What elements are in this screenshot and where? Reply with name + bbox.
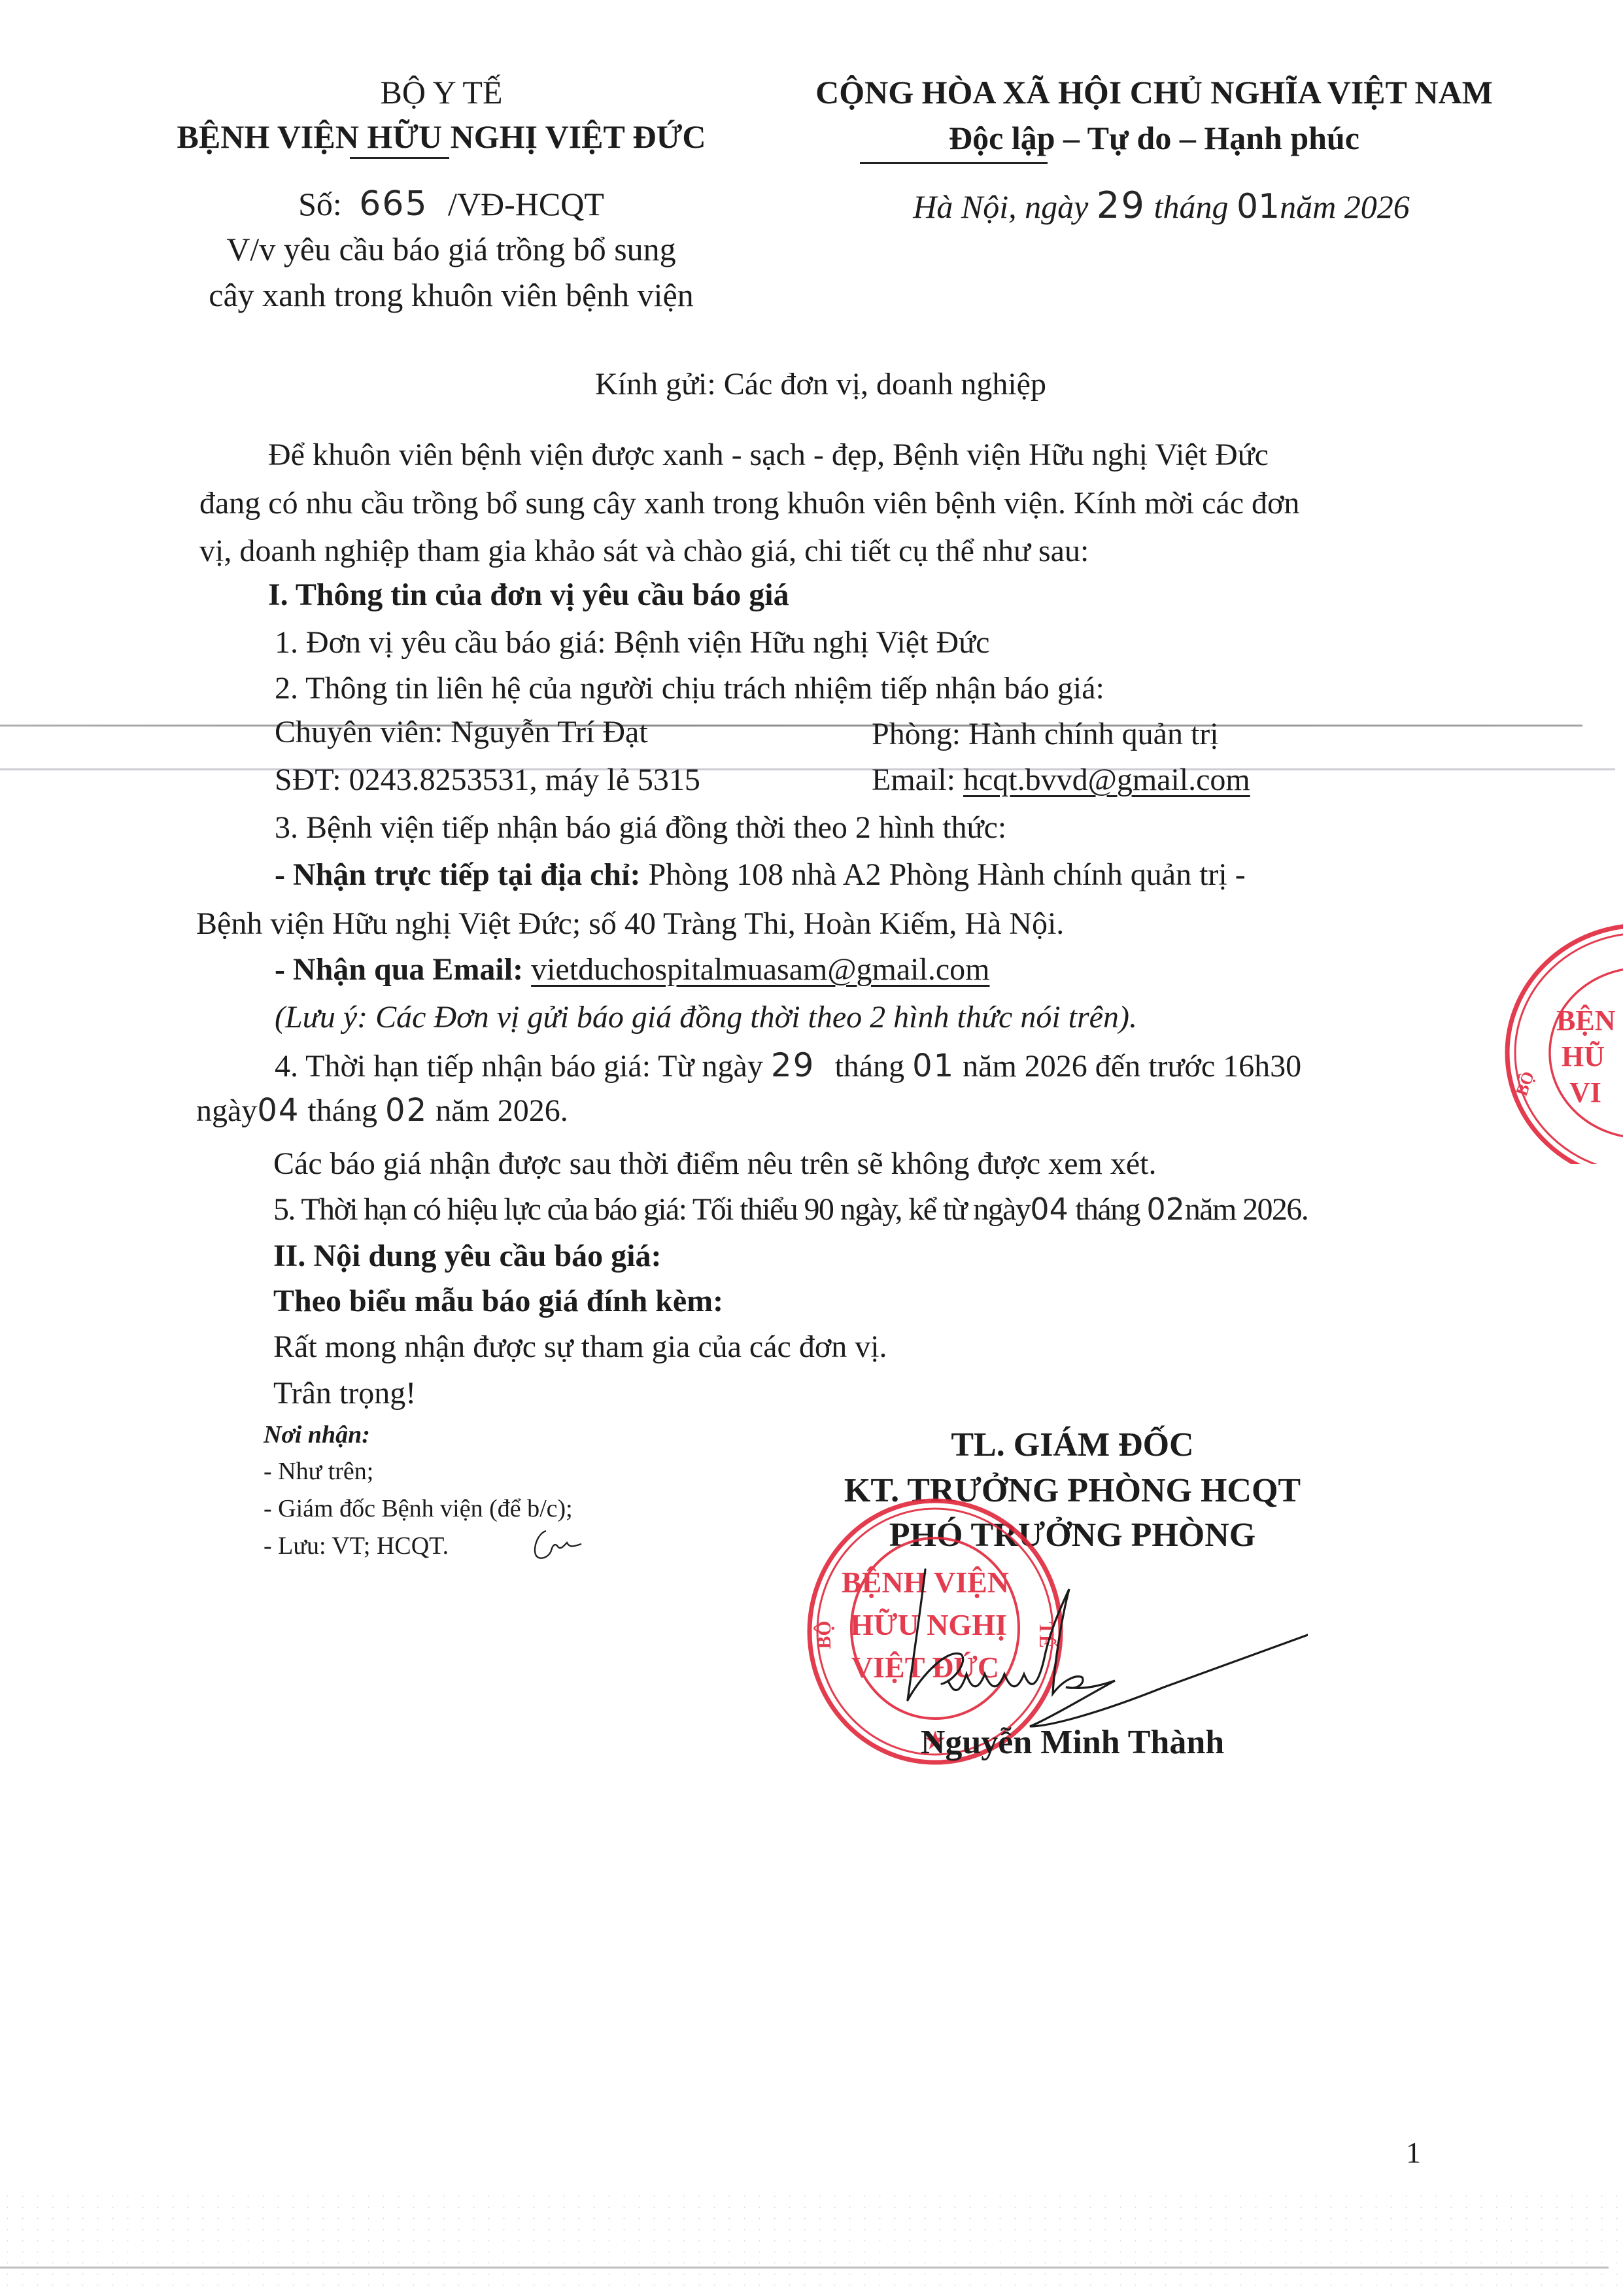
intro-line-3: vị, doanh nghiệp tham gia khảo sát và ch… bbox=[199, 533, 1089, 569]
recipients-title: Nơi nhận: bbox=[264, 1420, 370, 1449]
initials-mark-icon bbox=[526, 1527, 592, 1566]
handwritten-signature-icon bbox=[889, 1550, 1308, 1746]
section-1-item-4-cont: ngày04 tháng 02 năm 2026. bbox=[196, 1092, 568, 1129]
ministry-name: BỘ Y TẾ bbox=[380, 73, 502, 111]
contact-email: Email: hcqt.bvvd@gmail.com bbox=[872, 762, 1250, 798]
intro-line-1: Để khuôn viên bệnh viện được xanh - sạch… bbox=[268, 437, 1269, 473]
doc-number-handwritten: 665 bbox=[359, 184, 428, 224]
validity-day-handwritten: 04 bbox=[1030, 1191, 1068, 1227]
recipient-item: - Như trên; bbox=[264, 1457, 373, 1486]
intro-line-2: đang có nhu cầu trồng bổ sung cây xanh t… bbox=[199, 485, 1299, 521]
validity-month-handwritten: 02 bbox=[1146, 1191, 1185, 1227]
scan-artifact-line bbox=[0, 768, 1615, 770]
contact-email-link[interactable]: hcqt.bvvd@gmail.com bbox=[963, 762, 1250, 797]
signature-title-1: TL. GIÁM ĐỐC bbox=[951, 1426, 1193, 1464]
country-name: CỘNG HÒA XÃ HỘI CHỦ NGHĨA VIỆT NAM bbox=[815, 73, 1493, 111]
hospital-name: BỆNH VIỆN HỮU NGHỊ VIỆT ĐỨC bbox=[177, 118, 706, 156]
scan-artifact-line bbox=[0, 725, 1582, 727]
section-1-heading: I. Thông tin của đơn vị yêu cầu báo giá bbox=[268, 577, 789, 613]
motto-underline bbox=[860, 162, 1048, 164]
signatory-name: Nguyễn Minh Thành bbox=[921, 1723, 1224, 1762]
officer-name: Nguyễn Trí Đạt bbox=[451, 715, 647, 749]
contact-officer: Chuyên viên: Nguyễn Trí Đạt bbox=[275, 714, 648, 750]
submission-note: (Lưu ý: Các Đơn vị gửi báo giá đồng thời… bbox=[275, 999, 1137, 1035]
recipient-item: - Lưu: VT; HCQT. bbox=[264, 1532, 449, 1560]
svg-text:HŨ: HŨ bbox=[1562, 1040, 1605, 1072]
department-name: Hành chính quản trị bbox=[968, 717, 1219, 751]
to-day-handwritten: 04 bbox=[257, 1092, 299, 1129]
header-left-underline bbox=[350, 157, 449, 159]
section-1-item-4: 4. Thời hạn tiếp nhận báo giá: Từ ngày 2… bbox=[275, 1046, 1301, 1084]
svg-text:BỘ: BỘ bbox=[813, 1620, 835, 1649]
doc-number-suffix: /VĐ-HCQT bbox=[448, 186, 604, 222]
section-1-item-2: 2. Thông tin liên hệ của người chịu trác… bbox=[275, 670, 1104, 706]
email-submission: - Nhận qua Email: vietduchospitalmuasam@… bbox=[275, 951, 989, 987]
partial-stamp-icon: BỆN HŨ VI BỘ bbox=[1491, 922, 1623, 1164]
svg-text:VI: VI bbox=[1569, 1076, 1601, 1108]
section-2-subheading: Theo biểu mẫu báo giá đính kèm: bbox=[273, 1283, 723, 1319]
contact-phone: SĐT: 0243.8253531, máy lẻ 5315 bbox=[275, 762, 700, 798]
doc-number-label: Số: bbox=[298, 186, 342, 222]
page-number: 1 bbox=[1406, 2135, 1421, 2170]
svg-text:BỆN: BỆN bbox=[1556, 1004, 1616, 1037]
scan-noise bbox=[0, 2191, 1623, 2295]
email-submission-label: - Nhận qua Email: bbox=[275, 952, 523, 987]
section-1-item-3: 3. Bệnh viện tiếp nhận báo giá đồng thời… bbox=[275, 810, 1006, 846]
date-prefix: Hà Nội, ngày bbox=[913, 188, 1088, 225]
direct-submission-address: Phòng 108 nhà A2 Phòng Hành chính quản t… bbox=[648, 857, 1245, 892]
phone-number: 0243.8253531, máy lẻ 5315 bbox=[349, 762, 700, 797]
date-year: năm 2026 bbox=[1280, 188, 1410, 225]
from-month-handwritten: 01 bbox=[912, 1048, 955, 1084]
subject-line-1: V/v yêu cầu báo giá trồng bổ sung bbox=[226, 230, 675, 268]
national-motto: Độc lập – Tự do – Hạnh phúc bbox=[949, 119, 1359, 157]
date-month-handwritten: 01 bbox=[1237, 187, 1280, 226]
submission-email-link[interactable]: vietduchospitalmuasam@gmail.com bbox=[531, 952, 989, 987]
issue-date: Hà Nội, ngày 29 tháng 01năm 2026 bbox=[913, 184, 1410, 227]
section-1-item-1: 1. Đơn vị yêu cầu báo giá: Bệnh viện Hữu… bbox=[275, 625, 989, 660]
svg-text:BỘ: BỘ bbox=[1512, 1069, 1538, 1098]
document-number: Số: 665 /VĐ-HCQT bbox=[298, 184, 604, 224]
section-2-heading: II. Nội dung yêu cầu báo giá: bbox=[273, 1238, 661, 1274]
closing-line-2: Trân trọng! bbox=[273, 1375, 416, 1411]
closing-line-1: Rất mong nhận được sự tham gia của các đ… bbox=[273, 1329, 887, 1365]
direct-submission-label: - Nhận trực tiếp tại địa chỉ: bbox=[275, 857, 640, 892]
salutation: Kính gửi: Các đơn vị, doanh nghiệp bbox=[595, 366, 1046, 402]
date-month-label: tháng bbox=[1154, 188, 1229, 225]
contact-department: Phòng: Hành chính quản trị bbox=[872, 716, 1219, 752]
direct-submission-address-cont: Bệnh viện Hữu nghị Việt Đức; số 40 Tràng… bbox=[196, 906, 1064, 942]
subject-line-2: cây xanh trong khuôn viên bệnh viện bbox=[209, 276, 693, 314]
date-day-handwritten: 29 bbox=[1097, 184, 1146, 227]
direct-submission: - Nhận trực tiếp tại địa chỉ: Phòng 108 … bbox=[275, 857, 1246, 893]
from-day-handwritten: 29 bbox=[771, 1046, 815, 1084]
section-1-item-5: 5. Thời hạn có hiệu lực của báo giá: Tối… bbox=[273, 1191, 1308, 1227]
recipient-item: - Giám đốc Bệnh viện (để b/c); bbox=[264, 1494, 573, 1523]
late-submission-notice: Các báo giá nhận được sau thời điểm nêu … bbox=[273, 1146, 1157, 1182]
to-month-handwritten: 02 bbox=[385, 1092, 428, 1129]
